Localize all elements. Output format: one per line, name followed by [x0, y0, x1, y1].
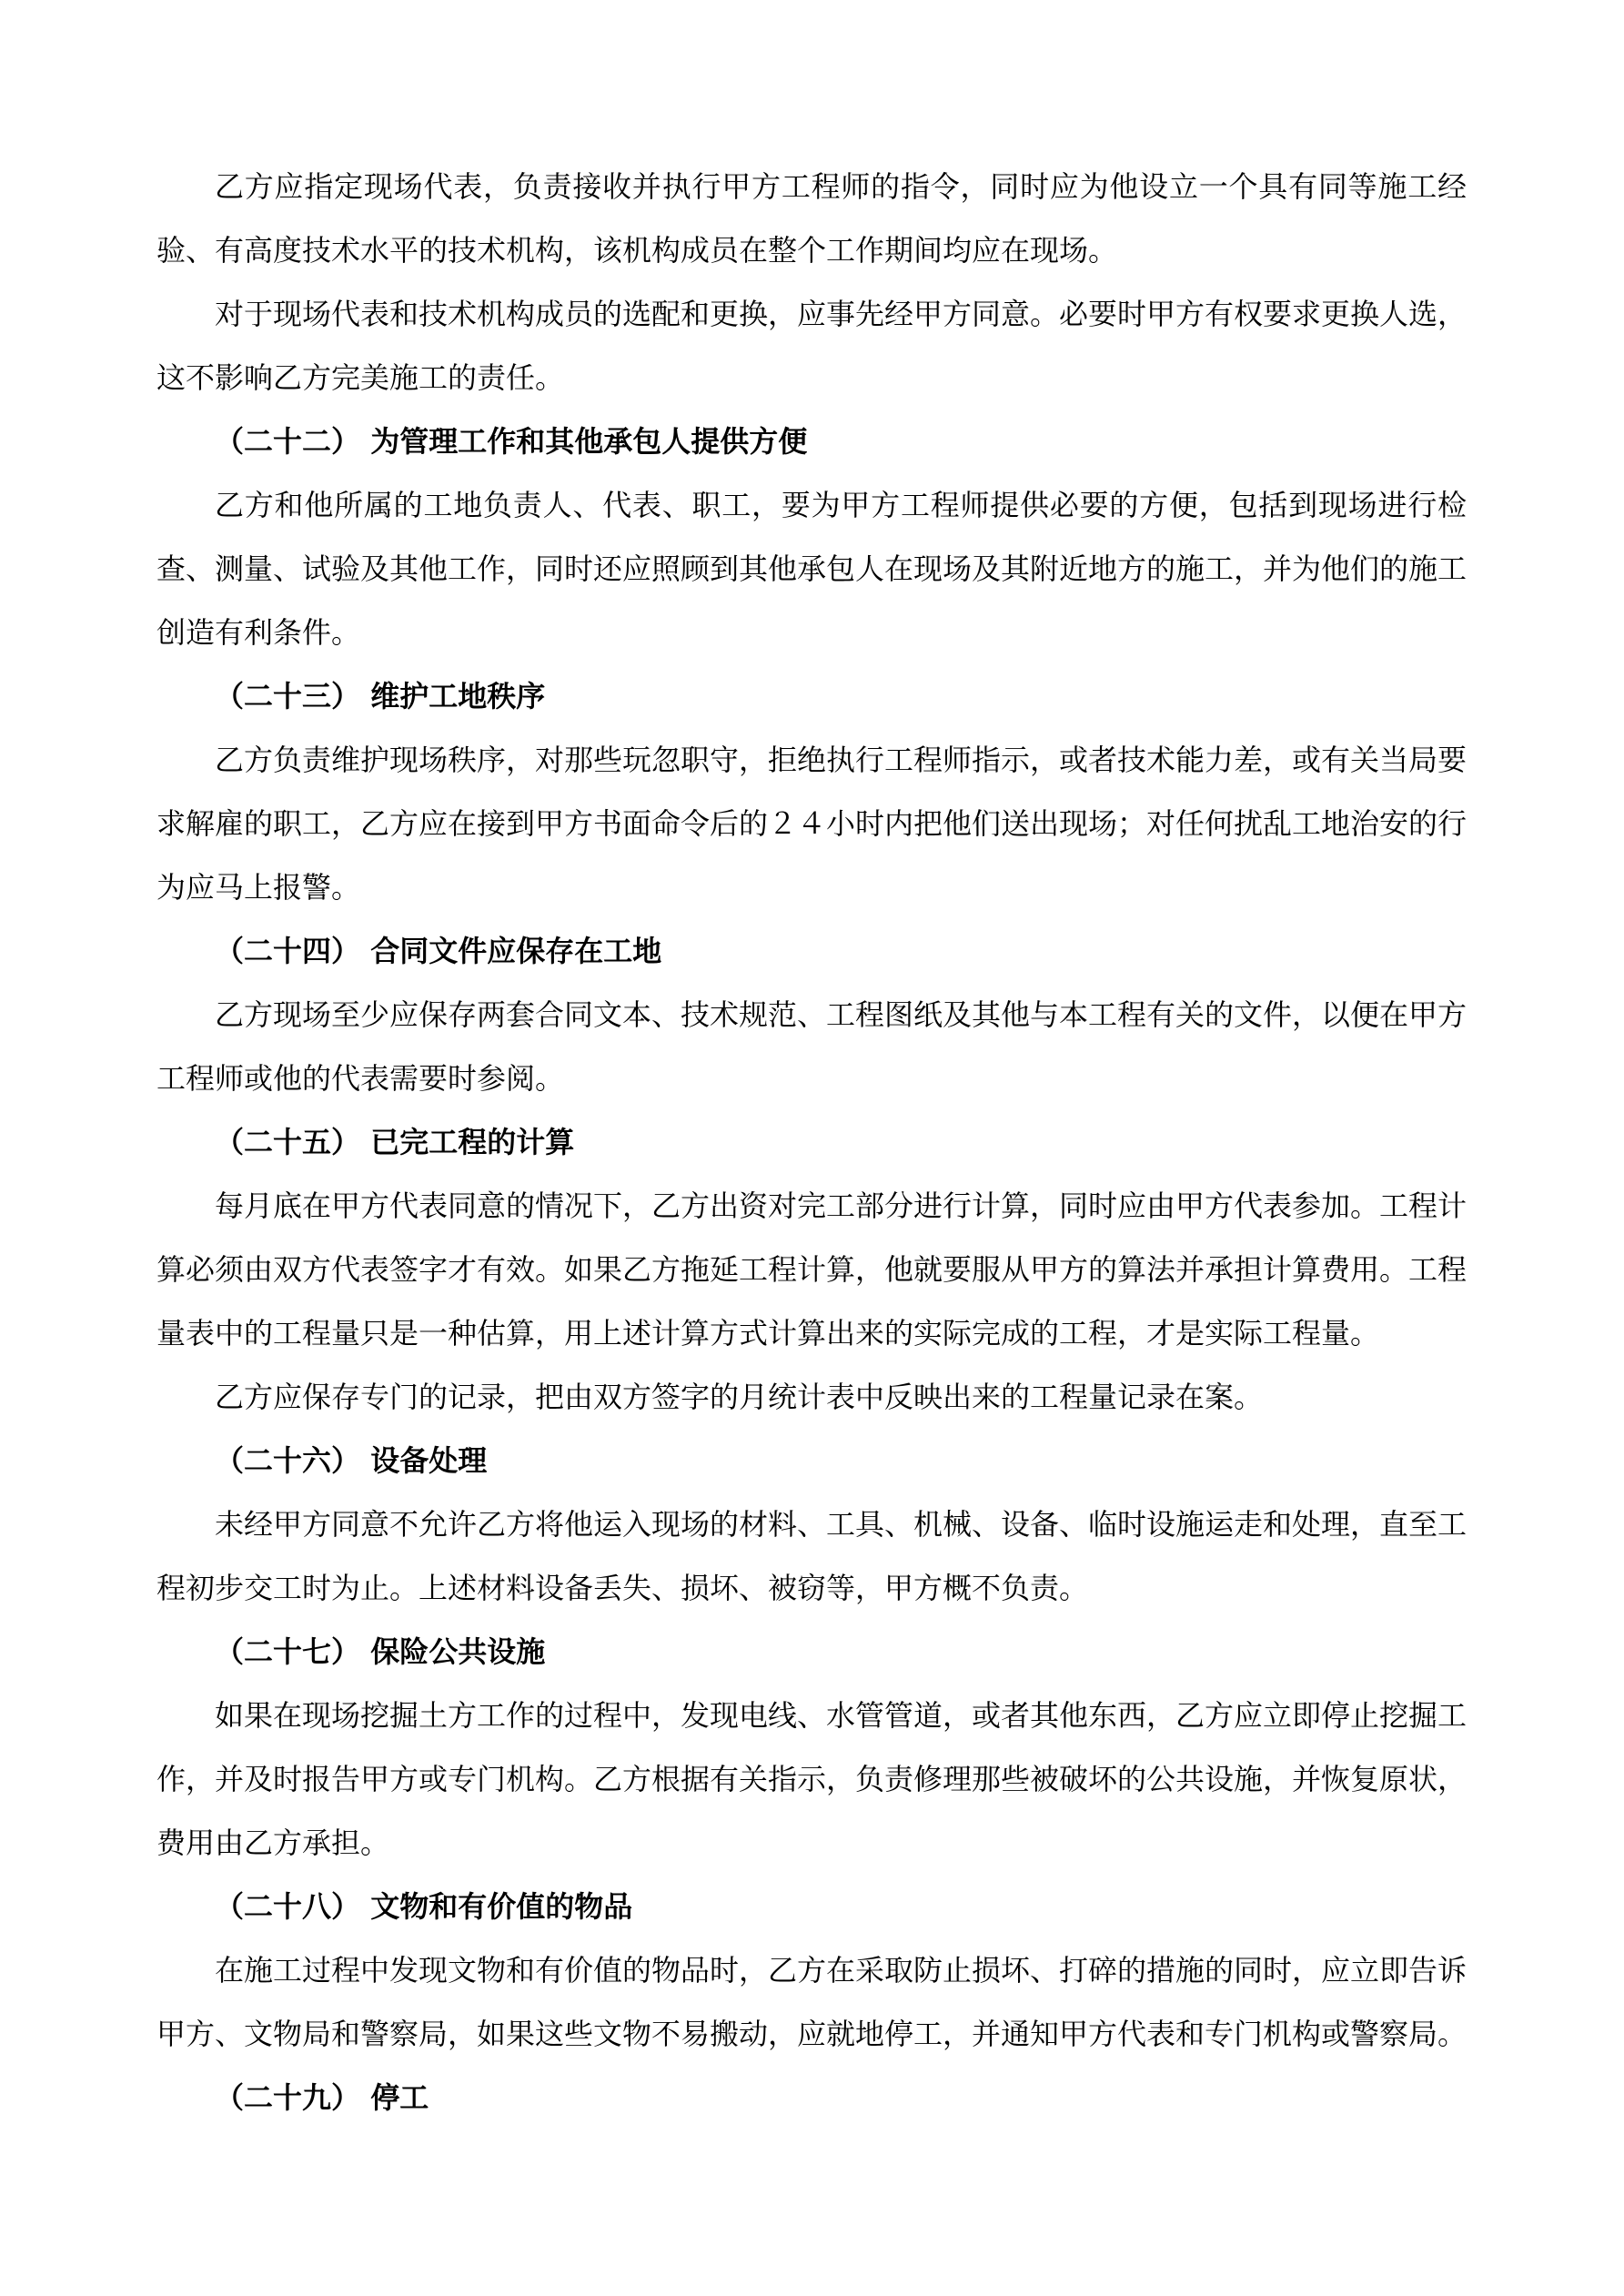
section-heading-23: （二十三）维护工地秩序	[156, 664, 1467, 728]
section-heading-22: （二十二）为管理工作和其他承包人提供方便	[156, 410, 1467, 473]
section-title: 停工	[370, 2081, 429, 2114]
section-heading-24: （二十四）合同文件应保存在工地	[156, 919, 1467, 983]
section-heading-27: （二十七）保险公共设施	[156, 1620, 1467, 1684]
section-number: （二十九）	[215, 2081, 360, 2114]
section-title: 合同文件应保存在工地	[370, 935, 661, 967]
section-title: 已完工程的计算	[370, 1126, 574, 1158]
paragraph: 在施工过程中发现文物和有价值的物品时，乙方在采取防止损坏、打碎的措施的同时，应立…	[156, 1938, 1467, 2066]
paragraph: 乙方应指定现场代表，负责接收并执行甲方工程师的指令，同时应为他设立一个具有同等施…	[156, 155, 1467, 282]
section-number: （二十七）	[215, 1635, 360, 1668]
paragraph: 未经甲方同意不允许乙方将他运入现场的材料、工具、机械、设备、临时设施运走和处理，…	[156, 1492, 1467, 1620]
section-heading-26: （二十六）设备处理	[156, 1429, 1467, 1492]
paragraph: 每月底在甲方代表同意的情况下，乙方出资对完工部分进行计算，同时应由甲方代表参加。…	[156, 1174, 1467, 1365]
section-title: 保险公共设施	[370, 1635, 545, 1668]
section-heading-29: （二十九）停工	[156, 2066, 1467, 2129]
paragraph: 乙方应保存专门的记录，把由双方签字的月统计表中反映出来的工程量记录在案。	[156, 1365, 1467, 1429]
section-number: （二十四）	[215, 935, 360, 967]
document-page: 乙方应指定现场代表，负责接收并执行甲方工程师的指令，同时应为他设立一个具有同等施…	[0, 0, 1624, 2296]
section-number: （二十六）	[215, 1444, 360, 1477]
section-heading-28: （二十八）文物和有价值的物品	[156, 1875, 1467, 1938]
paragraph: 如果在现场挖掘土方工作的过程中，发现电线、水管管道，或者其他东西，乙方应立即停止…	[156, 1684, 1467, 1875]
section-title: 为管理工作和其他承包人提供方便	[370, 425, 807, 458]
section-number: （二十八）	[215, 1890, 360, 1923]
section-title: 文物和有价值的物品	[370, 1890, 632, 1923]
section-number: （二十三）	[215, 680, 360, 713]
paragraph: 乙方和他所属的工地负责人、代表、职工，要为甲方工程师提供必要的方便，包括到现场进…	[156, 473, 1467, 664]
paragraph: 乙方负责维护现场秩序，对那些玩忽职守，拒绝执行工程师指示，或者技术能力差，或有关…	[156, 728, 1467, 919]
paragraph: 乙方现场至少应保存两套合同文本、技术规范、工程图纸及其他与本工程有关的文件，以便…	[156, 983, 1467, 1110]
section-number: （二十二）	[215, 425, 360, 458]
paragraph: 对于现场代表和技术机构成员的选配和更换，应事先经甲方同意。必要时甲方有权要求更换…	[156, 282, 1467, 410]
section-title: 维护工地秩序	[370, 680, 545, 713]
section-number: （二十五）	[215, 1126, 360, 1158]
section-heading-25: （二十五）已完工程的计算	[156, 1110, 1467, 1174]
section-title: 设备处理	[370, 1444, 487, 1477]
